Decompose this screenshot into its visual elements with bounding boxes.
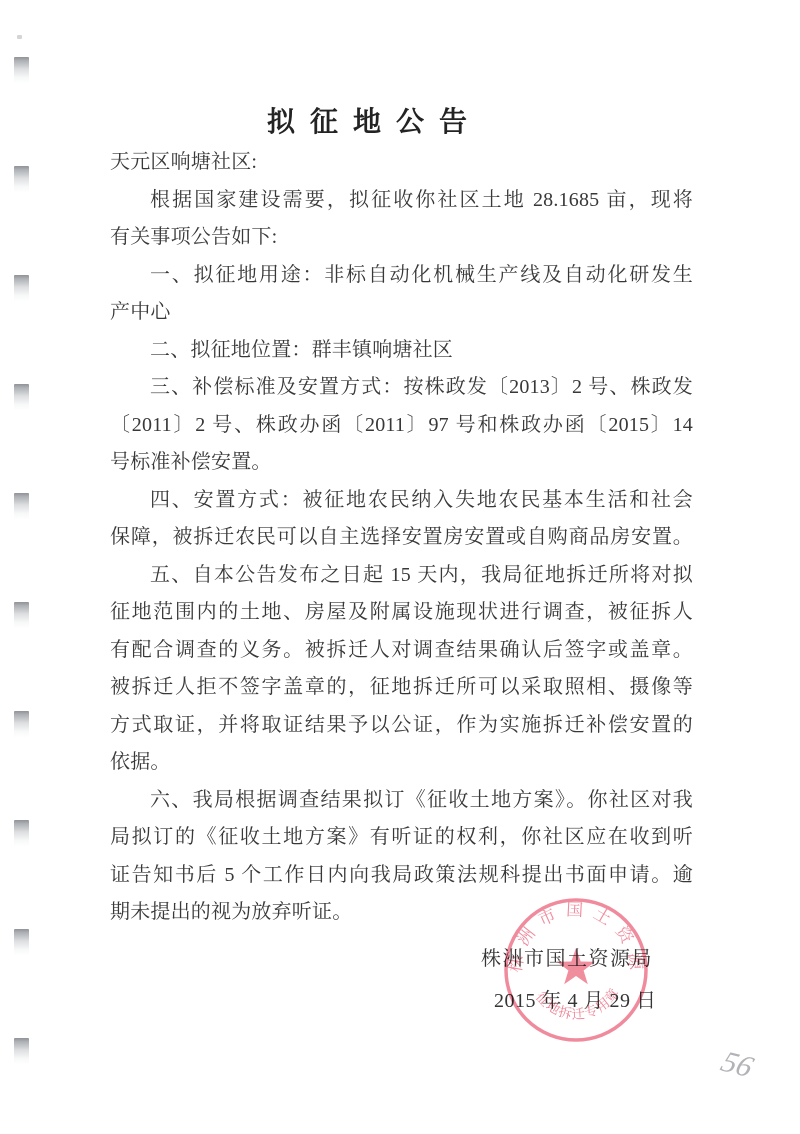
binding-mark-artifact <box>14 57 29 84</box>
body-line: 局拟订的《征收土地方案》有听证的权利，你社区应在收到听 <box>110 819 693 857</box>
body-line-item-2: 二、拟征地位置：群丰镇响塘社区 <box>110 332 693 370</box>
binding-mark-artifact <box>14 1038 29 1065</box>
binding-mark-artifact <box>14 820 29 847</box>
body-line-item-4: 四、安置方式：被征地农民纳入失地农民基本生活和社会 <box>110 482 693 520</box>
body-line: 被拆迁人拒不签字盖章的，征地拆迁所可以采取照相、摄像等 <box>110 669 693 707</box>
body-line: 方式取证，并将取证结果予以公证，作为实施拆迁补偿安置的 <box>110 707 693 745</box>
body-line-item-3: 三、补偿标准及安置方式：按株政发〔2013〕2 号、株政发 <box>110 369 693 407</box>
binding-mark-artifact <box>14 711 29 738</box>
binding-mark-artifact <box>14 166 29 193</box>
binding-mark-artifact <box>14 493 29 520</box>
binding-mark-artifact <box>14 384 29 411</box>
body-line: 依据。 <box>110 744 693 782</box>
document-body: 天元区响塘社区: 根据国家建设需要，拟征收你社区土地 28.1685 亩，现将 … <box>110 144 693 932</box>
binding-mark-artifact <box>14 275 29 302</box>
document-title: 拟 征 地 公 告 <box>0 100 738 140</box>
star-icon <box>557 948 595 984</box>
body-line: 产中心 <box>110 294 693 332</box>
body-line-item-1: 一、拟征地用途：非标自动化机械生产线及自动化研发生 <box>110 257 693 295</box>
binding-mark-artifact <box>14 602 29 629</box>
handwritten-page-note: 56 <box>716 1045 758 1084</box>
body-line: 有关事项公告如下: <box>110 219 693 257</box>
body-line: 〔2011〕2 号、株政办函〔2011〕97 号和株政办函〔2015〕14 <box>110 407 693 445</box>
body-line: 根据国家建设需要，拟征收你社区土地 28.1685 亩，现将 <box>110 182 693 220</box>
body-line-item-5: 五、自本公告发布之日起 15 天内，我局征地拆迁所将对拟 <box>110 557 693 595</box>
salutation-line: 天元区响塘社区: <box>110 144 693 182</box>
body-line: 征地范围内的土地、房屋及附属设施现状进行调查，被征拆人 <box>110 594 693 632</box>
binding-mark-artifact <box>14 929 29 956</box>
body-line: 号标准补偿安置。 <box>110 444 693 482</box>
body-line-item-6: 六、我局根据调查结果拟订《征收土地方案》。你社区对我 <box>110 782 693 820</box>
official-seal-stamp: 株洲市国土资源局 征地拆迁专用章 <box>494 888 658 1052</box>
body-line: 有配合调查的义务。被拆迁人对调查结果确认后签字或盖章。 <box>110 632 693 670</box>
seal-banner-text: 征地拆迁专用章 <box>533 984 623 1022</box>
scanned-document-page: 拟 征 地 公 告 天元区响塘社区: 根据国家建设需要，拟征收你社区土地 28.… <box>0 0 800 1134</box>
body-line: 保障，被拆迁农民可以自主选择安置房安置或自购商品房安置。 <box>110 519 693 557</box>
scan-dot-artifact <box>17 35 22 39</box>
